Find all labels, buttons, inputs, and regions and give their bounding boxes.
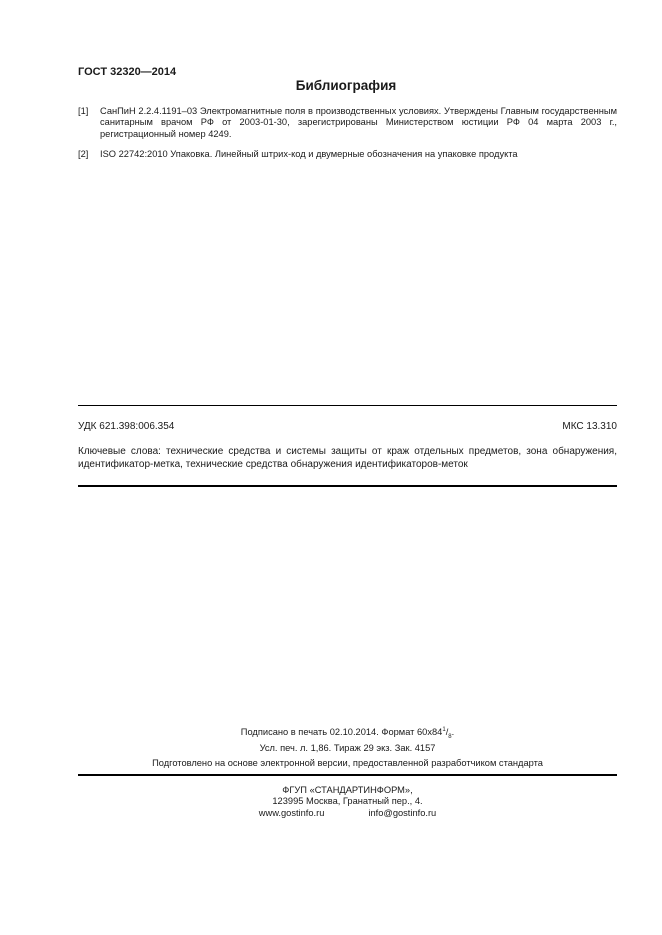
publisher-website[interactable]: www.gostinfo.ru — [259, 808, 325, 818]
reference-number: [1] — [78, 106, 100, 140]
mks-code: МКС 13.310 — [562, 421, 617, 432]
publisher-address: 123995 Москва, Гранатный пер., 4. — [78, 796, 617, 807]
reference-text: ISO 22742:2010 Упаковка. Линейный штрих-… — [100, 149, 617, 160]
bibliography-title: Библиография — [0, 78, 662, 93]
reference-text: СанПиН 2.2.4.1191–03 Электромагнитные по… — [100, 106, 617, 140]
udk-code: УДК 621.398:006.354 — [78, 421, 174, 432]
publisher-email[interactable]: info@gostinfo.ru — [368, 808, 436, 818]
print-info: Усл. печ. л. 1,86. Тираж 29 экз. Зак. 41… — [78, 743, 617, 753]
reference-number: [2] — [78, 149, 100, 160]
publisher-contacts: www.gostinfo.ruinfo@gostinfo.ru — [78, 808, 617, 819]
publisher-block: ФГУП «СТАНДАРТИНФОРМ», 123995 Москва, Гр… — [78, 785, 617, 819]
document-code: ГОСТ 32320—2014 — [78, 66, 176, 78]
publisher-name: ФГУП «СТАНДАРТИНФОРМ», — [78, 785, 617, 796]
divider-keywords — [78, 485, 617, 487]
signed-for-print: Подписано в печать 02.10.2014. Формат 60… — [78, 727, 617, 740]
prepared-note: Подготовлено на основе электронной верси… — [78, 758, 617, 768]
reference-item: [2] ISO 22742:2010 Упаковка. Линейный шт… — [78, 149, 617, 160]
divider-publisher — [78, 774, 617, 776]
divider-top — [78, 405, 617, 406]
keywords: Ключевые слова: технические средства и с… — [78, 446, 617, 471]
classification-row: УДК 621.398:006.354 МКС 13.310 — [78, 421, 617, 432]
reference-item: [1] СанПиН 2.2.4.1191–03 Электромагнитны… — [78, 106, 617, 140]
